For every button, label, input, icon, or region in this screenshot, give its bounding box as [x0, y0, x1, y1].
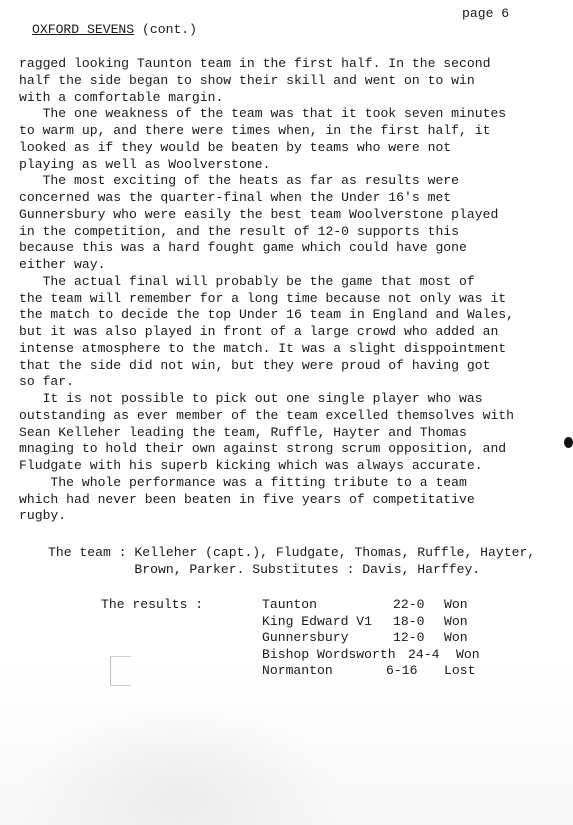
result-outcome: Won	[444, 630, 468, 645]
result-row: King Edward V1 18-0 Won	[262, 614, 309, 631]
body-line: the team will remember for a long time b…	[19, 291, 514, 308]
body-line: looked as if they would be beaten by tea…	[19, 140, 514, 157]
body-line: intense atmosphere to the match. It was …	[19, 341, 514, 358]
result-opponent: Taunton	[262, 597, 317, 612]
results-label: The results :	[101, 597, 203, 612]
result-row: Bishop Wordsworth 24-4 Won	[262, 647, 309, 664]
body-line: rugby.	[19, 508, 514, 525]
result-outcome: Lost	[444, 663, 475, 678]
body-line: so far.	[19, 374, 514, 391]
body-line: but it was also played in front of a lar…	[19, 324, 514, 341]
result-score: 12-0	[393, 630, 424, 645]
body-line: in the competition, and the result of 12…	[19, 224, 514, 241]
body-line: The one weakness of the team was that it…	[19, 106, 514, 123]
body-line: The whole performance was a fitting trib…	[19, 475, 514, 492]
result-score: 22-0	[393, 597, 424, 612]
body-line: concerned was the quarter-final when the…	[19, 190, 514, 207]
result-row: Normanton 6-16 Lost	[262, 663, 309, 680]
result-opponent: Bishop Wordsworth	[262, 647, 396, 662]
body-line: which had never been beaten in five year…	[19, 492, 514, 509]
body-line: The actual final will probably be the ga…	[19, 274, 514, 291]
result-outcome: Won	[456, 647, 480, 662]
body-line: Sean Kelleher leading the team, Ruffle, …	[19, 425, 514, 442]
section-heading: OXFORD SEVENS (cont.)	[32, 22, 197, 37]
result-row: Taunton 22-0 Won	[262, 597, 309, 614]
body-line: Gunnersbury who were easily the best tea…	[19, 207, 514, 224]
body-line: ragged looking Taunton team in the first…	[19, 56, 514, 73]
body-line: that the side did not win, but they were…	[19, 358, 514, 375]
result-score: 24-4	[408, 647, 439, 662]
typed-page: page 6 OXFORD SEVENS (cont.) ragged look…	[0, 0, 573, 825]
team-line: Brown, Parker. Substitutes : Davis, Harf…	[48, 562, 535, 579]
body-line: because this was a hard fought game whic…	[19, 240, 514, 257]
result-opponent: Normanton	[262, 663, 333, 678]
body-line: either way.	[19, 257, 514, 274]
heading-title: OXFORD SEVENS	[32, 22, 134, 37]
article-body: ragged looking Taunton team in the first…	[19, 56, 514, 525]
result-score: 6-16	[386, 663, 417, 678]
result-opponent: Gunnersbury	[262, 630, 348, 645]
binder-hole-mark	[564, 437, 573, 448]
body-line: the match to decide the top Under 16 tea…	[19, 307, 514, 324]
result-row: Gunnersbury 12-0 Won	[262, 630, 309, 647]
team-line: The team : Kelleher (capt.), Fludgate, T…	[48, 545, 535, 562]
body-line: half the side began to show their skill …	[19, 73, 514, 90]
body-line: The most exciting of the heats as far as…	[19, 173, 514, 190]
body-line: playing as well as Woolverstone.	[19, 157, 514, 174]
result-outcome: Won	[444, 614, 468, 629]
pencil-bracket-mark	[110, 656, 131, 686]
page-number: page 6	[462, 6, 509, 21]
body-line: mnaging to hold their own against strong…	[19, 441, 514, 458]
body-line: with a comfortable margin.	[19, 90, 514, 107]
result-outcome: Won	[444, 597, 468, 612]
heading-suffix: (cont.)	[134, 22, 197, 37]
body-line: Fludgate with his superb kicking which w…	[19, 458, 514, 475]
results-table: Taunton 22-0 Won King Edward V1 18-0 Won…	[262, 597, 309, 680]
body-line: to warm up, and there were times when, i…	[19, 123, 514, 140]
result-score: 18-0	[393, 614, 424, 629]
body-line: outstanding as ever member of the team e…	[19, 408, 514, 425]
team-list: The team : Kelleher (capt.), Fludgate, T…	[48, 545, 535, 578]
body-line: It is not possible to pick out one singl…	[19, 391, 514, 408]
result-opponent: King Edward V1	[262, 614, 372, 629]
